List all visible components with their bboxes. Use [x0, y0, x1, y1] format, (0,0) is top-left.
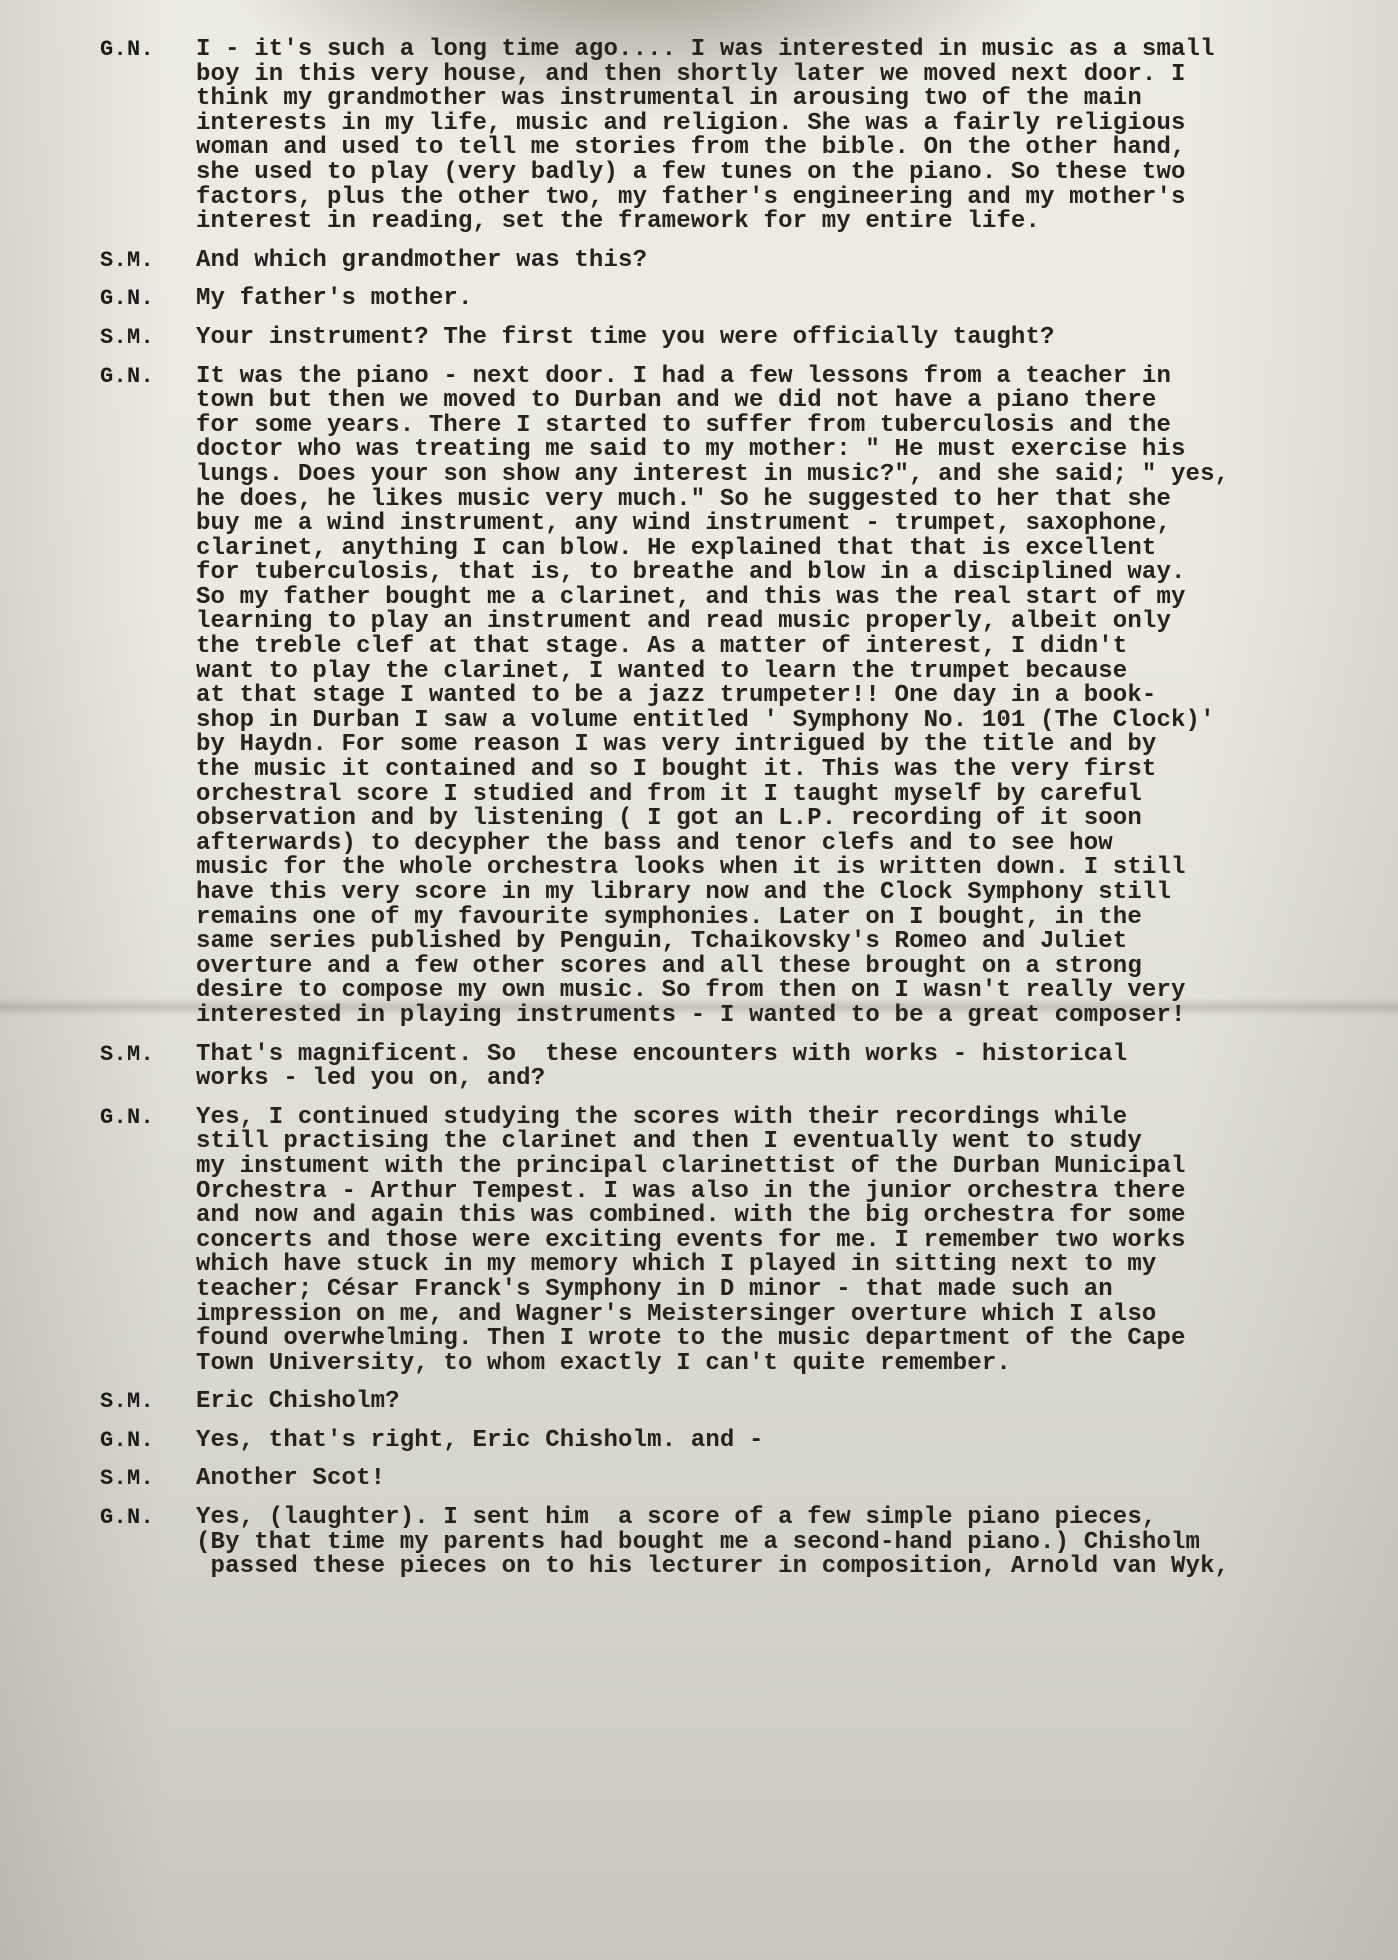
- text-line: at that stage I wanted to be a jazz trum…: [196, 684, 1360, 709]
- text-line: interest in reading, set the framework f…: [196, 210, 1360, 235]
- speech-text: My father's mother.: [196, 287, 1360, 312]
- text-line: she used to play (very badly) a few tune…: [196, 161, 1360, 186]
- text-line: remains one of my favourite symphonies. …: [196, 906, 1360, 931]
- speaker-label: S.M.: [100, 1467, 196, 1492]
- text-line: think my grandmother was instrumental in…: [196, 87, 1360, 112]
- text-line: passed these pieces on to his lecturer i…: [196, 1555, 1360, 1580]
- text-line: lungs. Does your son show any interest i…: [196, 463, 1360, 488]
- transcript-entry: G.N.It was the piano - next door. I had …: [100, 365, 1360, 1029]
- speaker-label: S.M.: [100, 1043, 196, 1068]
- text-line: for some years. There I started to suffe…: [196, 414, 1360, 439]
- transcript-entry: G.N.Yes, (laughter). I sent him a score …: [100, 1506, 1360, 1580]
- text-line: which have stuck in my memory which I pl…: [196, 1253, 1360, 1278]
- text-line: doctor who was treating me said to my mo…: [196, 438, 1360, 463]
- speech-text: Yes, (laughter). I sent him a score of a…: [196, 1506, 1360, 1580]
- text-line: factors, plus the other two, my father's…: [196, 186, 1360, 211]
- text-line: observation and by listening ( I got an …: [196, 807, 1360, 832]
- text-line: I - it's such a long time ago.... I was …: [196, 38, 1360, 63]
- text-line: Yes, (laughter). I sent him a score of a…: [196, 1506, 1360, 1531]
- text-line: teacher; César Franck's Symphony in D mi…: [196, 1278, 1360, 1303]
- speaker-label: S.M.: [100, 1390, 196, 1415]
- text-line: So my father bought me a clarinet, and t…: [196, 586, 1360, 611]
- text-line: overture and a few other scores and all …: [196, 955, 1360, 980]
- text-line: the treble clef at that stage. As a matt…: [196, 635, 1360, 660]
- text-line: by Haydn. For some reason I was very int…: [196, 733, 1360, 758]
- transcript-body: G.N.I - it's such a long time ago.... I …: [100, 38, 1360, 1594]
- text-line: concerts and those were exciting events …: [196, 1229, 1360, 1254]
- transcript-entry: S.M.That's magnificent. So these encount…: [100, 1043, 1360, 1092]
- transcript-entry: G.N.My father's mother.: [100, 287, 1360, 312]
- text-line: found overwhelming. Then I wrote to the …: [196, 1327, 1360, 1352]
- speaker-label: G.N.: [100, 1106, 196, 1131]
- text-line: have this very score in my library now a…: [196, 881, 1360, 906]
- text-line: orchestral score I studied and from it I…: [196, 783, 1360, 808]
- speech-text: And which grandmother was this?: [196, 249, 1360, 274]
- speaker-label: G.N.: [100, 365, 196, 390]
- speech-text: I - it's such a long time ago.... I was …: [196, 38, 1360, 235]
- text-line: interests in my life, music and religion…: [196, 112, 1360, 137]
- text-line: clarinet, anything I can blow. He explai…: [196, 537, 1360, 562]
- text-line: My father's mother.: [196, 287, 1360, 312]
- speaker-label: G.N.: [100, 287, 196, 312]
- text-line: Orchestra - Arthur Tempest. I was also i…: [196, 1180, 1360, 1205]
- speech-text: Eric Chisholm?: [196, 1390, 1360, 1415]
- speaker-label: G.N.: [100, 38, 196, 63]
- transcript-entry: G.N.Yes, that's right, Eric Chisholm. an…: [100, 1429, 1360, 1454]
- text-line: impression on me, and Wagner's Meistersi…: [196, 1303, 1360, 1328]
- transcript-entry: S.M.Your instrument? The first time you …: [100, 326, 1360, 351]
- text-line: town but then we moved to Durban and we …: [196, 389, 1360, 414]
- text-line: music for the whole orchestra looks when…: [196, 856, 1360, 881]
- text-line: buy me a wind instrument, any wind instr…: [196, 512, 1360, 537]
- text-line: Your instrument? The first time you were…: [196, 326, 1360, 351]
- text-line: woman and used to tell me stories from t…: [196, 136, 1360, 161]
- speaker-label: G.N.: [100, 1506, 196, 1531]
- text-line: afterwards) to decypher the bass and ten…: [196, 832, 1360, 857]
- speech-text: Another Scot!: [196, 1467, 1360, 1492]
- text-line: learning to play an instrument and read …: [196, 610, 1360, 635]
- text-line: Yes, that's right, Eric Chisholm. and -: [196, 1429, 1360, 1454]
- speech-text: Yes, I continued studying the scores wit…: [196, 1106, 1360, 1377]
- transcript-entry: G.N.Yes, I continued studying the scores…: [100, 1106, 1360, 1377]
- text-line: my instument with the principal clarinet…: [196, 1155, 1360, 1180]
- text-line: works - led you on, and?: [196, 1067, 1360, 1092]
- text-line: That's magnificent. So these encounters …: [196, 1043, 1360, 1068]
- text-line: want to play the clarinet, I wanted to l…: [196, 660, 1360, 685]
- text-line: Another Scot!: [196, 1467, 1360, 1492]
- text-line: interested in playing instruments - I wa…: [196, 1004, 1360, 1029]
- text-line: same series published by Penguin, Tchaik…: [196, 930, 1360, 955]
- text-line: he does, he likes music very much." So h…: [196, 488, 1360, 513]
- speaker-label: S.M.: [100, 326, 196, 351]
- text-line: and now and again this was combined. wit…: [196, 1204, 1360, 1229]
- speaker-label: S.M.: [100, 249, 196, 274]
- speech-text: Your instrument? The first time you were…: [196, 326, 1360, 351]
- text-line: desire to compose my own music. So from …: [196, 979, 1360, 1004]
- text-line: still practising the clarinet and then I…: [196, 1130, 1360, 1155]
- speech-text: It was the piano - next door. I had a fe…: [196, 365, 1360, 1029]
- text-line: shop in Durban I saw a volume entitled '…: [196, 709, 1360, 734]
- speech-text: That's magnificent. So these encounters …: [196, 1043, 1360, 1092]
- speaker-label: G.N.: [100, 1429, 196, 1454]
- text-line: (By that time my parents had bought me a…: [196, 1531, 1360, 1556]
- text-line: the music it contained and so I bought i…: [196, 758, 1360, 783]
- text-line: And which grandmother was this?: [196, 249, 1360, 274]
- speech-text: Yes, that's right, Eric Chisholm. and -: [196, 1429, 1360, 1454]
- transcript-entry: S.M.And which grandmother was this?: [100, 249, 1360, 274]
- text-line: boy in this very house, and then shortly…: [196, 63, 1360, 88]
- transcript-entry: G.N.I - it's such a long time ago.... I …: [100, 38, 1360, 235]
- text-line: for tuberculosis, that is, to breathe an…: [196, 561, 1360, 586]
- text-line: Town University, to whom exactly I can't…: [196, 1352, 1360, 1377]
- text-line: Yes, I continued studying the scores wit…: [196, 1106, 1360, 1131]
- transcript-entry: S.M.Another Scot!: [100, 1467, 1360, 1492]
- transcript-entry: S.M.Eric Chisholm?: [100, 1390, 1360, 1415]
- text-line: Eric Chisholm?: [196, 1390, 1360, 1415]
- text-line: It was the piano - next door. I had a fe…: [196, 365, 1360, 390]
